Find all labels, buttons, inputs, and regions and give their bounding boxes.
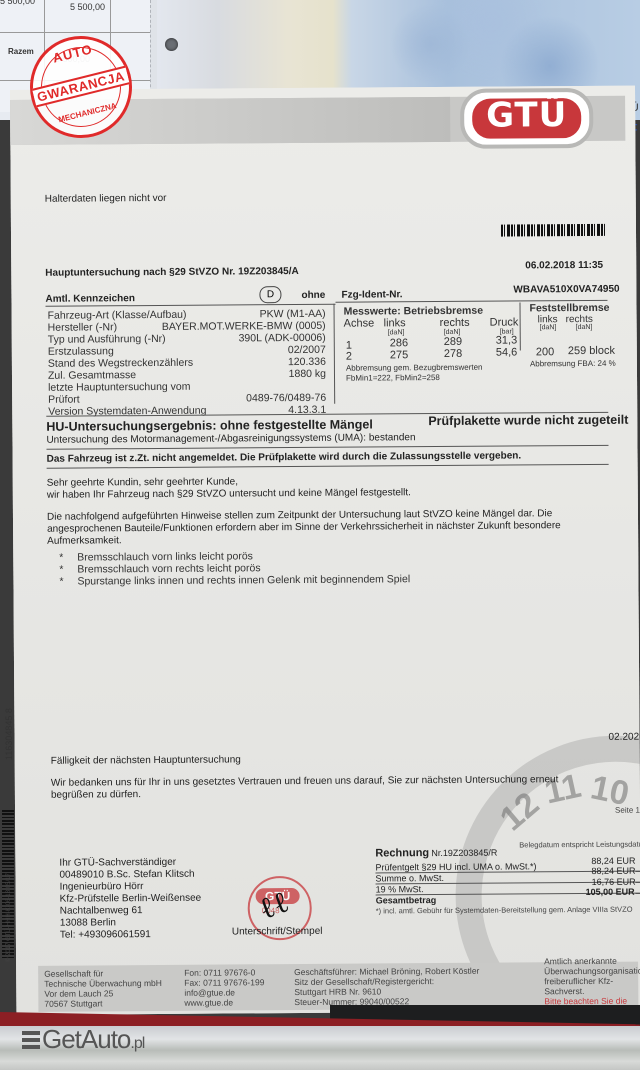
footer-website[interactable]: www.gtue.de [184,997,264,1008]
divider [47,445,609,450]
vehicle-label: Zul. Gesamtmasse [48,369,136,382]
invoice-footnote: *) incl. amtl. Gebühr für Systemdaten-Be… [376,905,633,916]
vehicle-label: letzte Hauptuntersuchung vom [48,381,191,394]
vehicle-value: 120.336 [288,356,326,368]
gtu-logo: GTÜ [460,88,593,149]
brake-axle: 2 [346,351,352,363]
inspector-line: Nachtalbenweg 61 [60,905,143,917]
page-number: Seite 1 [615,806,640,815]
invoice-line-value: 16,76 EUR [592,877,636,887]
inspector-line: 13088 Berlin [60,917,116,928]
service-brake-title: Messwerte: Betriebsbremse [344,305,484,318]
footer-management: Geschäftsführer: Michael Bröning, Robert… [294,966,479,1007]
invoice-title: Rechnung [375,847,429,859]
parking-unit: [daN] [540,324,557,331]
footer-line: 70567 Stuttgart [44,998,162,1009]
next-due-label: Fälligkeit der nächsten Hauptuntersuchun… [51,754,241,766]
vehicle-label: Erstzulassung [48,345,114,357]
amount-cell: 5 500,00 [0,0,35,6]
plate-label: Amtl. Kennzeichen [45,293,135,305]
greeting: Sehr geehrte Kundin, sehr geehrter Kunde… [47,476,238,488]
hint-list: *Bremsschlauch vorn links leicht porös *… [59,549,410,587]
footer-line: Amtlich anerkannte [544,956,640,967]
invoice-number: Nr.19Z203845/R [431,848,497,858]
invoice-total-value: 105,00 EUR [586,887,635,897]
uma-note: Untersuchung des Motormanagement-/Abgasr… [46,432,415,446]
vehicle-label: Typ und Ausführung (-Nr) [48,333,166,346]
side-document-code: 116304845 8 [4,708,14,760]
footer-line: Technische Überwachung mbH [44,978,162,989]
amount-cell: 5 500,00 [70,2,105,12]
brake-left: 275 [390,349,408,361]
brake-header: Achse [344,317,375,329]
inspector-line: Ingenieurbüro Hörr [60,881,144,893]
brake-right: 278 [444,348,462,360]
total-label: Razem [8,47,34,56]
side-copyright: © 2017 GTÜ-HHH-K-06-18 05/17 [6,873,12,962]
brake-pressure: 31,3 [496,334,518,346]
invoice-line-value: 88,24 EUR [591,866,635,876]
getauto-name: GetAuto [42,1024,130,1054]
brake-right: 289 [444,336,462,348]
divider [47,464,609,469]
footer-contact: Fon: 0711 97676-0 Fax: 0711 97676-199 in… [184,967,264,1008]
divider [519,302,520,350]
vin-label: Fzg-Ident-Nr. [341,289,402,300]
inspector-line: Tel: +493096061591 [60,929,151,941]
hint-text: Spurstange links innen und rechts innen … [77,573,410,587]
plate-value: ohne [301,290,325,301]
footer-line: Geschäftsführer: Michael Bröning, Robert… [294,966,479,977]
vehicle-label: Prüfort [48,394,80,406]
vehicle-value: 1880 kg [289,368,326,380]
thanks-text: begrüßen zu dürfen. [51,789,141,801]
brake-header: rechts [440,317,470,329]
footer-line: Fon: 0711 97676-0 [184,967,264,978]
parking-brake-title: Feststellbremse [529,302,609,315]
result-title: HU-Untersuchungsergebnis: ohne festgeste… [46,417,373,433]
inspector-line: Ihr GTÜ-Sachverständiger [59,857,176,869]
vehicle-label: Fahrzeug-Art (Klasse/Aufbau) [48,309,187,322]
holder-note: Halterdaten liegen nicht vor [45,193,167,205]
brake-note: Abbremsung gem. Bezugbremswerten [346,363,483,373]
vehicle-row: Prüfort0489-76/0489-76 [48,392,326,406]
vehicle-row: Typ und Ausführung (-Nr)390L (ADK-00006) [48,332,326,346]
parking-note: Abbremsung FBA: 24 % [530,359,616,369]
vehicle-details: Fahrzeug-Art (Klasse/Aufbau)PKW (M1-AA) … [48,308,327,418]
invoice-total-label: Gesamtbetrag [376,895,437,905]
inspection-datetime: 06.02.2018 11:35 [525,260,603,272]
vehicle-value: PKW (M1-AA) [260,308,326,320]
hint-item: *Spurstange links innen und rechts innen… [59,573,410,587]
footer-line: Fax: 0711 97676-199 [184,977,264,988]
brake-left: 286 [390,337,408,349]
punch-hole [165,38,178,51]
footer-line: freiberuflicher Kfz-Sachverst. [544,976,640,997]
hints-text: Aufmerksamkeit. [47,535,122,547]
inspection-report: GTÜ Halterdaten liegen nicht vor Hauptun… [10,86,640,1015]
invoice-line-label: Summe o. MwSt. [375,873,444,883]
footer-line: Überwachungsorganisation [544,966,640,977]
vehicle-value: 390L (ADK-00006) [239,332,326,345]
getauto-suffix: .pl [130,1035,144,1052]
hints-text: angesprochenen Bauteile/Funktionen erfor… [47,520,561,535]
parking-left: 200 [536,346,554,358]
vehicle-value: 02/2007 [288,344,326,356]
footer-email[interactable]: info@gtue.de [184,987,264,998]
vin-value: WBAVA510X0VA74950 [513,284,619,296]
invoice-date-note: Belegdatum entspricht Leistungsdatum [519,840,640,850]
vehicle-label: Stand des Wegstreckenzählers [48,357,193,370]
invoice-line-value: 88,24 EUR [591,856,635,866]
inspector-line: 00489010 B.Sc. Stefan Klitsch [59,869,194,881]
vehicle-label: Hersteller (-Nr) [48,321,118,333]
parking-right: 259 block [568,345,615,357]
brake-pressure: 54,6 [496,346,518,358]
barcode [501,224,605,237]
parking-unit: [daN] [576,324,593,331]
brake-header: links [384,317,406,329]
signature-label: Unterschrift/Stempel [232,926,323,938]
getauto-watermark: GetAuto.pl [22,1024,144,1055]
registration-note: Das Fahrzeug ist z.Zt. nicht angemeldet.… [47,450,522,464]
brake-header: Druck [490,316,519,328]
next-due-value: 02.2020 [608,732,640,743]
getauto-logo-icon [22,1031,40,1049]
brake-unit: [daN] [388,329,405,336]
greeting: wir haben Ihr Fahrzeug nach §29 StVZO un… [47,487,411,501]
divider [334,304,336,404]
brake-note: FbMin1=222, FbMin2=258 [346,373,440,383]
vehicle-value: 0489-76/0489-76 [246,392,326,405]
inspector-line: Kfz-Prüfstelle Berlin-Weißensee [60,893,202,905]
invoice-line-label: 19 % MwSt. [376,884,424,894]
sticker-note: Prüfplakette wurde nicht zugeteilt [428,413,628,428]
footer-company: Gesellschaft für Technische Überwachung … [44,968,162,1009]
thanks-text: Wir bedanken uns für Ihr in uns gesetzte… [51,774,559,789]
plate-country: D [259,286,281,303]
inspection-title: Hauptuntersuchung nach §29 StVZO Nr. 19Z… [45,266,298,279]
divider [0,32,150,33]
gtu-logo-text: GTÜ [472,98,581,139]
